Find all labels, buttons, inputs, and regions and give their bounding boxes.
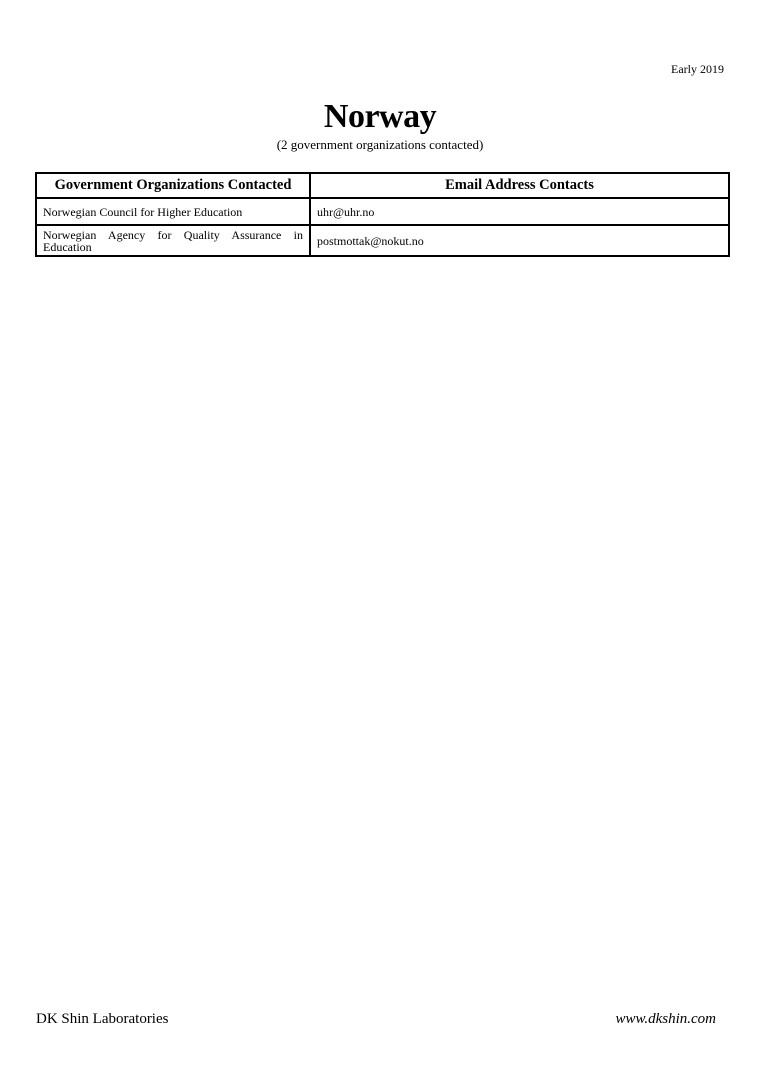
organization-cell: Norwegian Council for Higher Education: [36, 198, 310, 225]
organization-cell: Norwegian Agency for Quality Assurance i…: [36, 225, 310, 256]
footer-organization: DK Shin Laboratories: [36, 1011, 168, 1028]
column-header-organizations: Government Organizations Contacted: [36, 173, 310, 198]
contacts-table: Government Organizations Contacted Email…: [35, 172, 730, 257]
table-header-row: Government Organizations Contacted Email…: [36, 173, 729, 198]
footer-website: www.dkshin.com: [615, 1011, 716, 1028]
table-row: Norwegian Agency for Quality Assurance i…: [36, 225, 729, 256]
email-cell: uhr@uhr.no: [310, 198, 729, 225]
column-header-emails: Email Address Contacts: [310, 173, 729, 198]
email-cell: postmottak@nokut.no: [310, 225, 729, 256]
table-row: Norwegian Council for Higher Education u…: [36, 198, 729, 225]
page-title: Norway: [0, 98, 760, 136]
document-date: Early 2019: [671, 62, 724, 77]
page-subtitle: (2 government organizations contacted): [0, 137, 760, 153]
